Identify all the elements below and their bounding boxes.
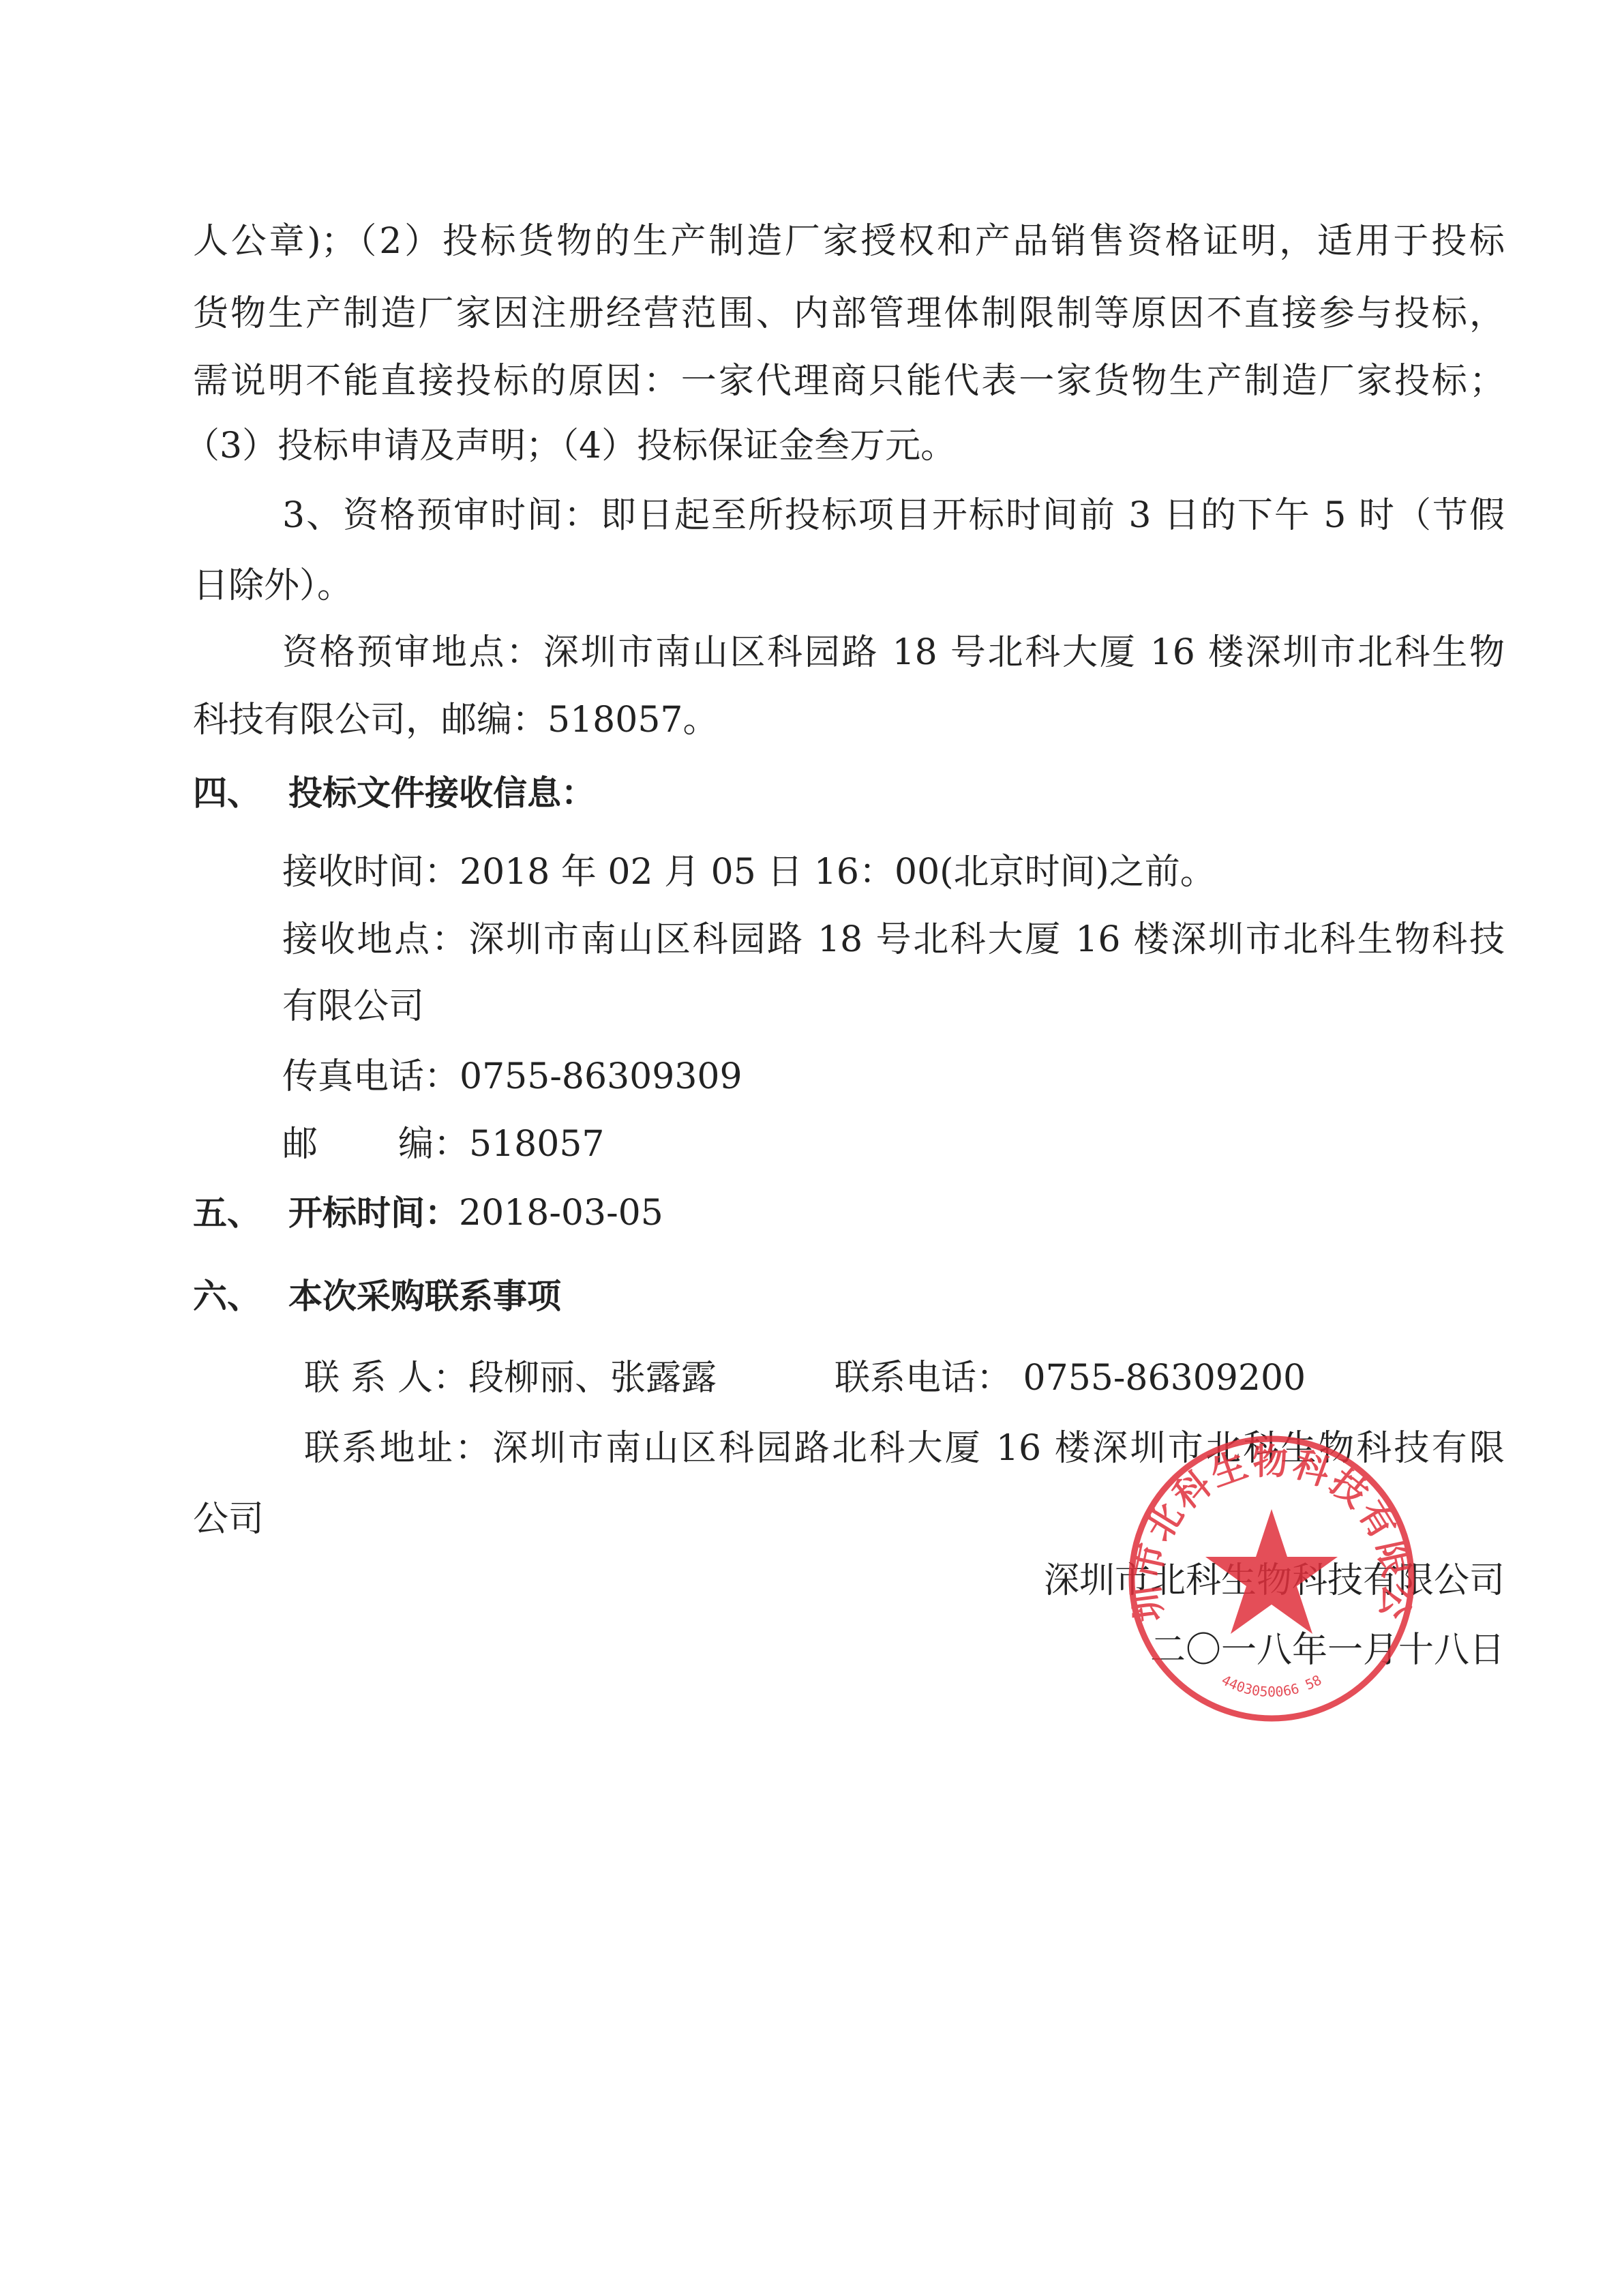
contact-phone: 联系电话： 0755-86309200 [835, 1356, 1306, 1400]
company-seal-icon: 深圳市北科生物科技有限公司 4403050066 58 [1122, 1429, 1422, 1729]
svg-text:4403050066 58: 4403050066 58 [1219, 1671, 1324, 1700]
section-number: 四、 [193, 771, 288, 815]
postcode-label-2: 编：518057 [398, 1124, 605, 1165]
paragraph-line: 货物生产制造厂家因注册经营范围、内部管理体制限制等原因不直接参与投标， [193, 292, 1505, 336]
receive-time: 接收时间：2018 年 02 月 05 日 16：00(北京时间)之前。 [282, 850, 1216, 894]
paragraph-line: 科技有限公司，邮编：518057。 [193, 698, 719, 742]
paragraph-line: 需说明不能直接投标的原因：一家代理商只能代表一家货物生产制造厂家投标； [193, 359, 1505, 403]
section-title: 投标文件接收信息： [288, 773, 595, 813]
bid-opening-date: 2018-03-05 [459, 1193, 663, 1234]
paragraph-line: 3、资格预审时间：即日起至所投标项目开标时间前 3 日的下午 5 时（节假 [282, 494, 1505, 537]
paragraph-line: 资格预审地点：深圳市南山区科园路 18 号北科大厦 16 楼深圳市北科生物 [282, 631, 1505, 674]
section-number: 六、 [193, 1274, 288, 1318]
contact-address-cont: 公司 [193, 1497, 264, 1541]
postcode: 邮编：518057 [282, 1122, 605, 1166]
paragraph-line: （3）投标申请及声明；（4）投标保证金叁万元。 [184, 424, 956, 468]
receive-place: 接收地点：深圳市南山区科园路 18 号北科大厦 16 楼深圳市北科生物科技 [282, 918, 1505, 961]
section-heading-4: 四、投标文件接收信息： [193, 771, 595, 815]
contact-person: 联 系 人：段柳丽、张露露 [304, 1356, 717, 1400]
section-heading-5: 五、开标时间：2018-03-05 [193, 1191, 663, 1235]
paragraph-line: 人公章)；（2）投标货物的生产制造厂家授权和产品销售资格证明，适用于投标 [193, 220, 1505, 263]
paragraph-line: 日除外）。 [193, 564, 352, 608]
receive-place-cont: 有限公司 [282, 985, 424, 1028]
fax-number: 传真电话：0755-86309309 [282, 1055, 742, 1099]
section-title: 开标时间： [288, 1193, 459, 1233]
postcode-label-1: 邮 [282, 1124, 318, 1165]
section-heading-6: 六、本次采购联系事项 [193, 1274, 561, 1318]
section-number: 五、 [193, 1191, 288, 1235]
section-title: 本次采购联系事项 [288, 1277, 561, 1316]
